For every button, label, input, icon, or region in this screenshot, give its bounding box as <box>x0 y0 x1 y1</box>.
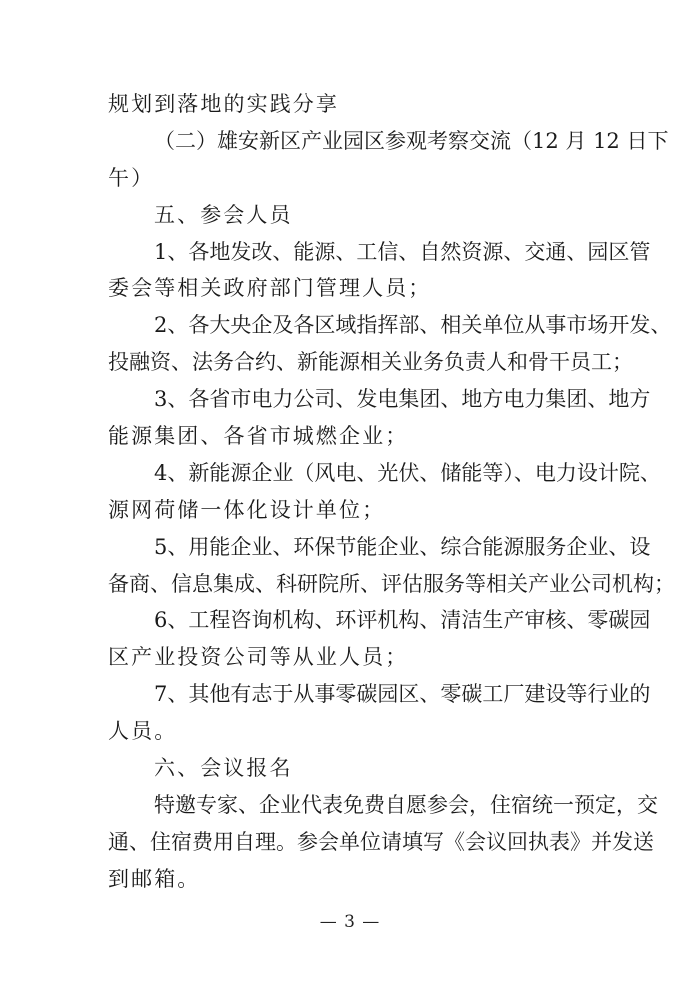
section-heading-6: 六、会议报名 <box>108 750 596 787</box>
section-heading-5: 五、参会人员 <box>108 197 596 234</box>
text-line: 人员。 <box>108 713 596 750</box>
list-item-7: 7、其他有志于从事零碳园区、零碳工厂建设等行业的 <box>108 676 596 713</box>
text-line: 午） <box>108 160 596 197</box>
text-line: 规划到落地的实践分享 <box>108 86 596 123</box>
text-line: 源网荷储一体化设计单位； <box>108 492 596 529</box>
text-line: 到邮箱。 <box>108 861 596 898</box>
subsection-heading-2: （二）雄安新区产业园区参观考察交流（12 月 12 日下 <box>108 123 596 160</box>
text-line: 投融资、法务合约、新能源相关业务负责人和骨干员工； <box>108 344 596 381</box>
document-body: 规划到落地的实践分享 （二）雄安新区产业园区参观考察交流（12 月 12 日下 … <box>108 86 596 898</box>
list-item-1: 1、各地发改、能源、工信、自然资源、交通、园区管 <box>108 234 596 271</box>
list-item-2: 2、各大央企及各区域指挥部、相关单位从事市场开发、 <box>108 307 596 344</box>
text-line: 通、住宿费用自理。参会单位请填写《会议回执表》并发送 <box>108 824 596 861</box>
list-item-3: 3、各省市电力公司、发电集团、地方电力集团、地方 <box>108 381 596 418</box>
list-item-5: 5、用能企业、环保节能企业、综合能源服务企业、设 <box>108 529 596 566</box>
text-line: 能源集团、各省市城燃企业； <box>108 418 596 455</box>
text-line: 区产业投资公司等从业人员； <box>108 639 596 676</box>
page-number: — 3 — <box>0 912 700 932</box>
list-item-6: 6、工程咨询机构、环评机构、清洁生产审核、零碳园 <box>108 602 596 639</box>
text-line: 备商、信息集成、科研院所、评估服务等相关产业公司机构； <box>108 566 596 603</box>
registration-paragraph: 特邀专家、企业代表免费自愿参会，住宿统一预定，交 <box>108 787 596 824</box>
text-line: 委会等相关政府部门管理人员； <box>108 270 596 307</box>
list-item-4: 4、新能源企业（风电、光伏、储能等）、电力设计院、 <box>108 455 596 492</box>
